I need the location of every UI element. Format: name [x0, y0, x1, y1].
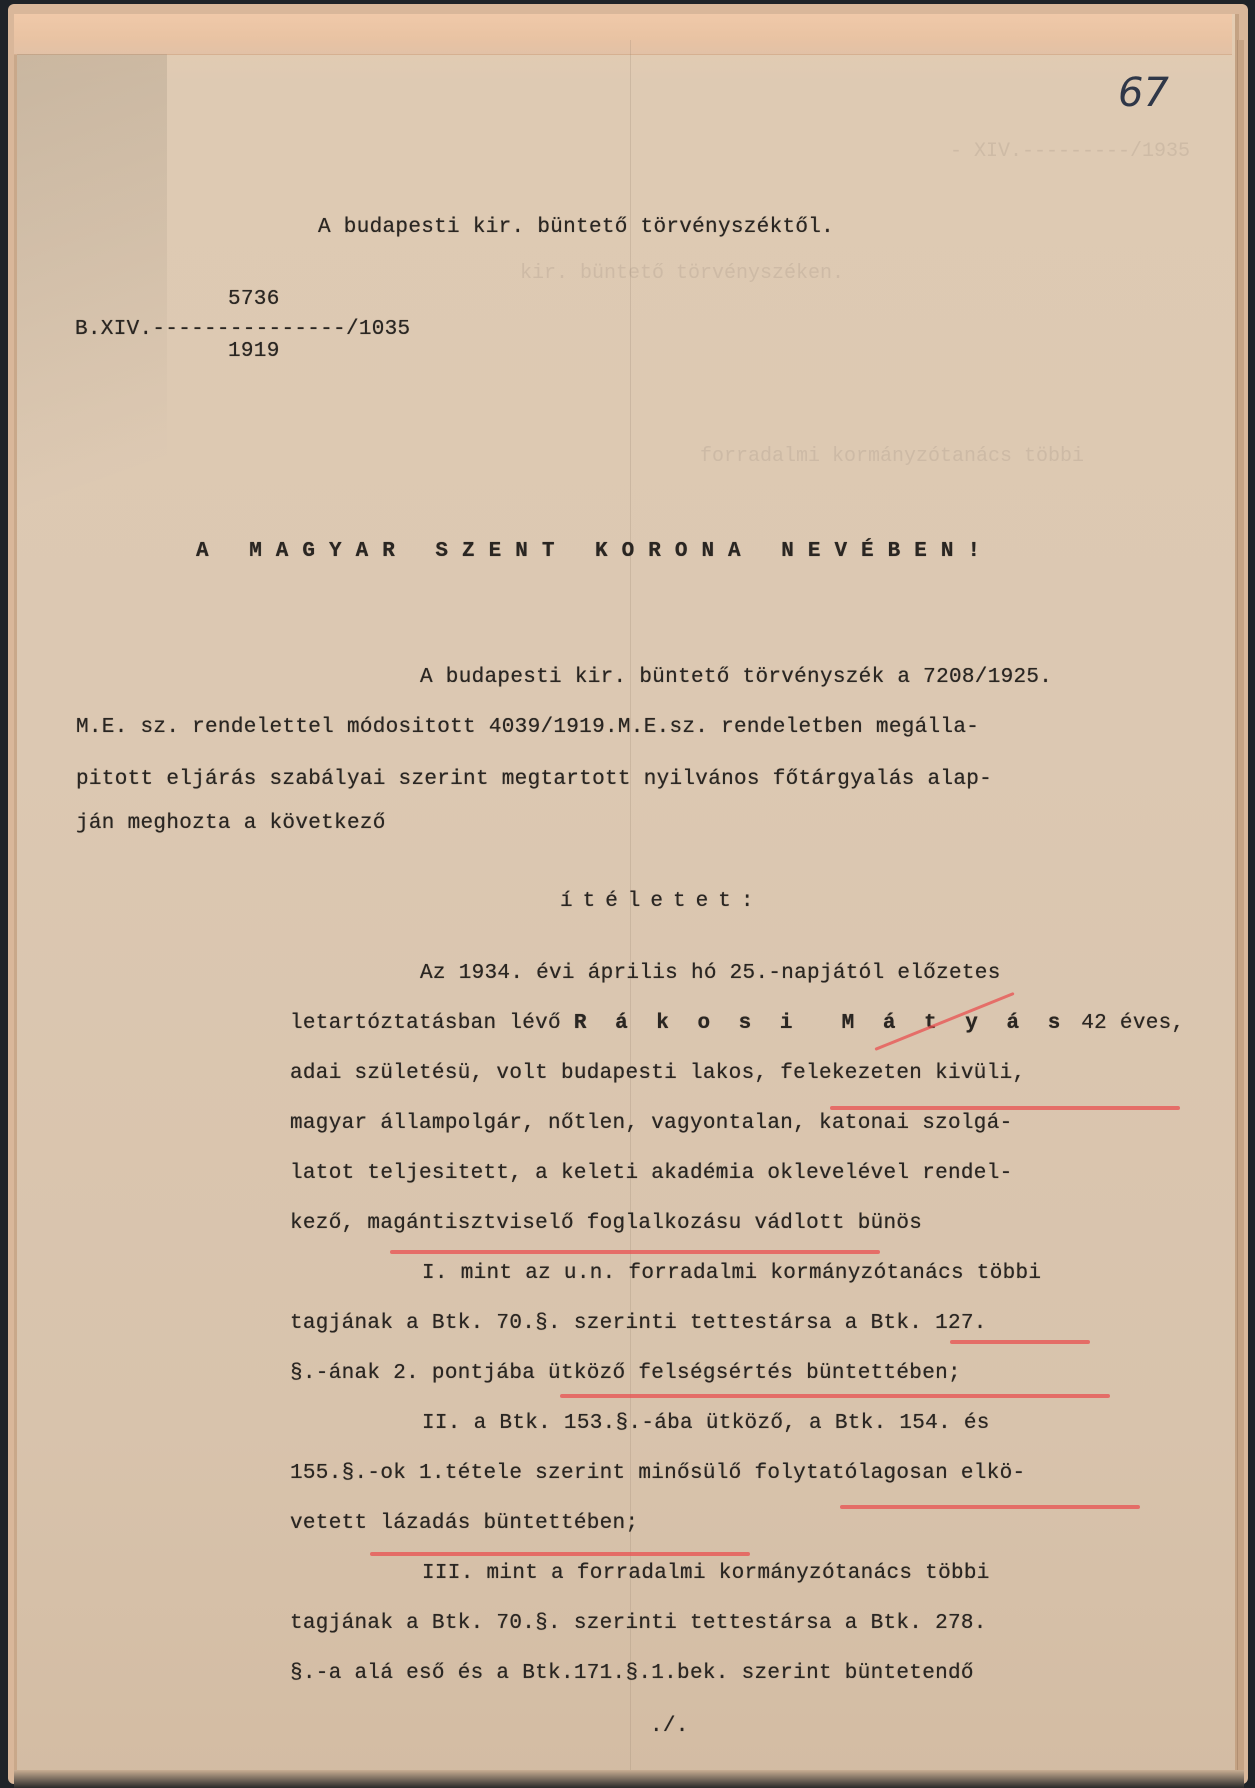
court-header: A budapesti kir. büntető törvényszéktől. — [318, 216, 834, 239]
verdict-heading: ítéletet: — [560, 890, 763, 913]
body-line-10: II. a Btk. 153.§.-ába ütköző, a Btk. 154… — [422, 1412, 990, 1435]
body-line-15: §.-a alá eső és a Btk.171.§.1.bek. szeri… — [290, 1662, 974, 1685]
case-number-line: B.XIV.---------------/1035 — [75, 318, 410, 341]
defendant-age: 42 éves, — [1068, 1012, 1184, 1035]
body-line-2: letartóztatásban lévő R á k o s i M á t … — [290, 1012, 1184, 1035]
fold-shadow — [17, 54, 167, 654]
bleed-through-text: forradalmi kormányzótanács többi — [700, 445, 1084, 468]
case-suffix: /1035 — [346, 318, 411, 341]
red-underline — [950, 1340, 1090, 1344]
red-underline — [370, 1552, 750, 1556]
body-line-12: vetett lázadás büntettében; — [290, 1512, 638, 1535]
red-underline — [390, 1250, 880, 1254]
red-underline — [840, 1505, 1140, 1509]
defendant-name: R á k o s i M á t y á s — [574, 1012, 1068, 1035]
case-prefix: B.XIV. — [75, 318, 152, 341]
defendant-prefix: letartóztatásban lévő — [290, 1012, 574, 1035]
intro-line-3: pitott eljárás szabályai szerint megtart… — [76, 768, 992, 791]
top-fold — [14, 14, 1232, 55]
red-underline — [830, 1106, 1180, 1110]
body-line-6: kező, magántisztviselő foglalkozásu vádl… — [290, 1212, 922, 1235]
body-line-11: 155.§.-ok 1.tétele szerint minősülő foly… — [290, 1462, 1025, 1485]
case-number-numerator: 5736 — [228, 288, 280, 311]
case-dashes: --------------- — [152, 318, 346, 341]
case-number-denominator: 1919 — [228, 340, 280, 363]
bleed-through-text: - XIV.---------/1935 — [950, 140, 1190, 163]
body-line-13: III. mint a forradalmi kormányzótanács t… — [422, 1562, 990, 1585]
document-title: A MAGYAR SZENT KORONA NEVÉBEN! — [196, 540, 994, 563]
body-line-5: latot teljesitett, a keleti akadémia okl… — [290, 1162, 1013, 1185]
handwritten-page-number: 67 — [1118, 70, 1169, 116]
intro-line-1: A budapesti kir. büntető törvényszék a 7… — [420, 666, 1052, 689]
footer-continuation-mark: ./. — [650, 1715, 689, 1738]
body-line-3: adai születésü, volt budapesti lakos, fe… — [290, 1062, 1025, 1085]
bottom-curl — [14, 1770, 1244, 1788]
bleed-through-text: kir. büntető törvényszéken. — [520, 262, 844, 285]
body-line-9: §.-ának 2. pontjába ütköző felségsértés … — [290, 1362, 961, 1385]
body-line-8: tagjának a Btk. 70.§. szerinti tettestár… — [290, 1312, 987, 1335]
body-line-4: magyar állampolgár, nőtlen, vagyontalan,… — [290, 1112, 1013, 1135]
intro-line-4: ján meghozta a következő — [76, 812, 386, 835]
right-edge — [1237, 40, 1244, 1780]
intro-line-2: M.E. sz. rendelettel módositott 4039/191… — [76, 716, 979, 739]
red-underline — [560, 1394, 1110, 1398]
body-line-14: tagjának a Btk. 70.§. szerinti tettestár… — [290, 1612, 987, 1635]
body-line-7: I. mint az u.n. forradalmi kormányzótaná… — [422, 1262, 1041, 1285]
body-line-1: Az 1934. évi április hó 25.-napjától elő… — [420, 962, 1001, 985]
